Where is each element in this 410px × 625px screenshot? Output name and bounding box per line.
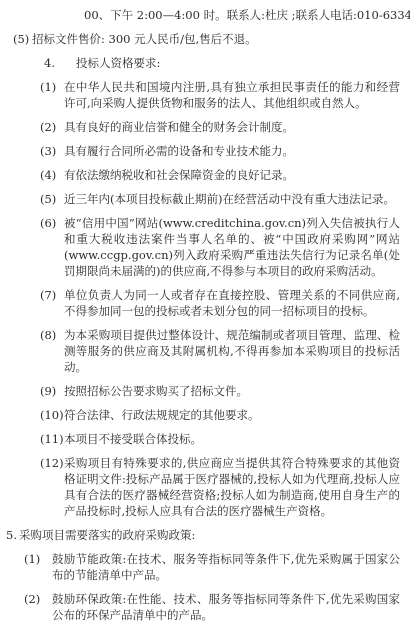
item-number: (8): [40, 327, 64, 343]
item-text: 单位负责人为同一人或者存在直接控股、管理关系的不同供应商,不得参加同一包的投标或…: [64, 287, 400, 319]
policy-item-1: (1) 鼓励节能政策:在技术、服务等指标同等条件下,优先采购属于国家公布的节能清…: [0, 551, 410, 583]
item-number: (7): [40, 287, 64, 303]
item-text: 具有履行合同所必需的设备和专业技术能力。: [64, 143, 400, 159]
item-number: (1): [40, 79, 64, 95]
qualification-item-12: (12) 采购项目有特殊要求的,供应商应当提供其符合特殊要求的其他资格证明文件:…: [0, 455, 410, 519]
item-number: (4): [40, 167, 64, 183]
qualification-item-8: (8) 为本采购项目提供过整体设计、规范编制或者项目管理、监理、检测等服务的供应…: [0, 327, 410, 375]
item-number: (3): [40, 143, 64, 159]
item-text: 按照招标公告要求购买了招标文件。: [64, 383, 400, 399]
item-text: 招标文件售价: 300 元人民币/包,售后不退。: [32, 31, 257, 47]
qualification-item-5: (5) 近三年内(本项目投标截止期前)在经营活动中没有重大违法记录。: [0, 191, 410, 207]
qualification-item-1: (1) 在中华人民共和国境内注册,具有独立承担民事责任的能力和经营许可,向采购人…: [0, 79, 410, 111]
item-number: (6): [40, 215, 64, 231]
document-page: 00、下午 2:00—4:00 时。联系人:杜庆 ;联系人电话:010-6334…: [0, 0, 410, 623]
item-text: 采购项目有特殊要求的,供应商应当提供其符合特殊要求的其他资格证明文件:投标产品属…: [64, 455, 400, 519]
section-number: 5.: [6, 527, 17, 543]
item-text: 有依法缴纳税收和社会保障资金的良好记录。: [64, 167, 400, 183]
section-title: 采购项目需要落实的政府采购政策:: [19, 527, 195, 543]
item-text: 被“信用中国”网站(www.creditchina.gov.cn)列入失信被执行…: [64, 215, 400, 279]
section-4-heading: 4. 投标人资格要求:: [0, 55, 410, 71]
qualification-item-4: (4) 有依法缴纳税收和社会保障资金的良好记录。: [0, 167, 410, 183]
item-text: 鼓励节能政策:在技术、服务等指标同等条件下,优先采购属于国家公布的节能清单中产品…: [52, 551, 400, 583]
item-text: 本项目不接受联合体投标。: [64, 431, 400, 447]
section-number: 4.: [44, 55, 76, 71]
item-text: 近三年内(本项目投标截止期前)在经营活动中没有重大违法记录。: [64, 191, 400, 207]
item-text: 鼓励环保政策:在性能、技术、服务等指标同等条件下,优先采购国家公布的环保产品清单…: [52, 591, 400, 623]
qualification-item-6: (6) 被“信用中国”网站(www.creditchina.gov.cn)列入失…: [0, 215, 410, 279]
contact-info-line: 00、下午 2:00—4:00 时。联系人:杜庆 ;联系人电话:010-6334…: [0, 7, 410, 23]
item-number: (10): [40, 407, 64, 423]
qualification-item-7: (7) 单位负责人为同一人或者存在直接控股、管理关系的不同供应商,不得参加同一包…: [0, 287, 410, 319]
item-number: (2): [40, 119, 64, 135]
qualification-item-10: (10) 符合法律、行政法规规定的其他要求。: [0, 407, 410, 423]
item-number: (2): [24, 591, 52, 607]
item-number: (5): [40, 191, 64, 207]
qualification-item-11: (11) 本项目不接受联合体投标。: [0, 431, 410, 447]
section-5-heading: 5. 采购项目需要落实的政府采购政策:: [0, 527, 410, 543]
item-number: (11): [40, 431, 64, 447]
item-text: 具有良好的商业信誉和健全的财务会计制度。: [64, 119, 400, 135]
item-number: (1): [24, 551, 52, 567]
item-text: 符合法律、行政法规规定的其他要求。: [64, 407, 400, 423]
qualification-item-2: (2) 具有良好的商业信誉和健全的财务会计制度。: [0, 119, 410, 135]
qualification-item-3: (3) 具有履行合同所必需的设备和专业技术能力。: [0, 143, 410, 159]
section-title: 投标人资格要求:: [76, 55, 160, 71]
item-number: (5): [13, 31, 32, 47]
item-number: (9): [40, 383, 64, 399]
policy-item-2: (2) 鼓励环保政策:在性能、技术、服务等指标同等条件下,优先采购国家公布的环保…: [0, 591, 410, 623]
item-text: 为本采购项目提供过整体设计、规范编制或者项目管理、监理、检测等服务的供应商及其附…: [64, 327, 400, 375]
qualification-item-9: (9) 按照招标公告要求购买了招标文件。: [0, 383, 410, 399]
tender-document-price-item: (5) 招标文件售价: 300 元人民币/包,售后不退。: [0, 31, 410, 47]
item-text: 在中华人民共和国境内注册,具有独立承担民事责任的能力和经营许可,向采购人提供货物…: [64, 79, 400, 111]
item-number: (12): [40, 455, 64, 471]
